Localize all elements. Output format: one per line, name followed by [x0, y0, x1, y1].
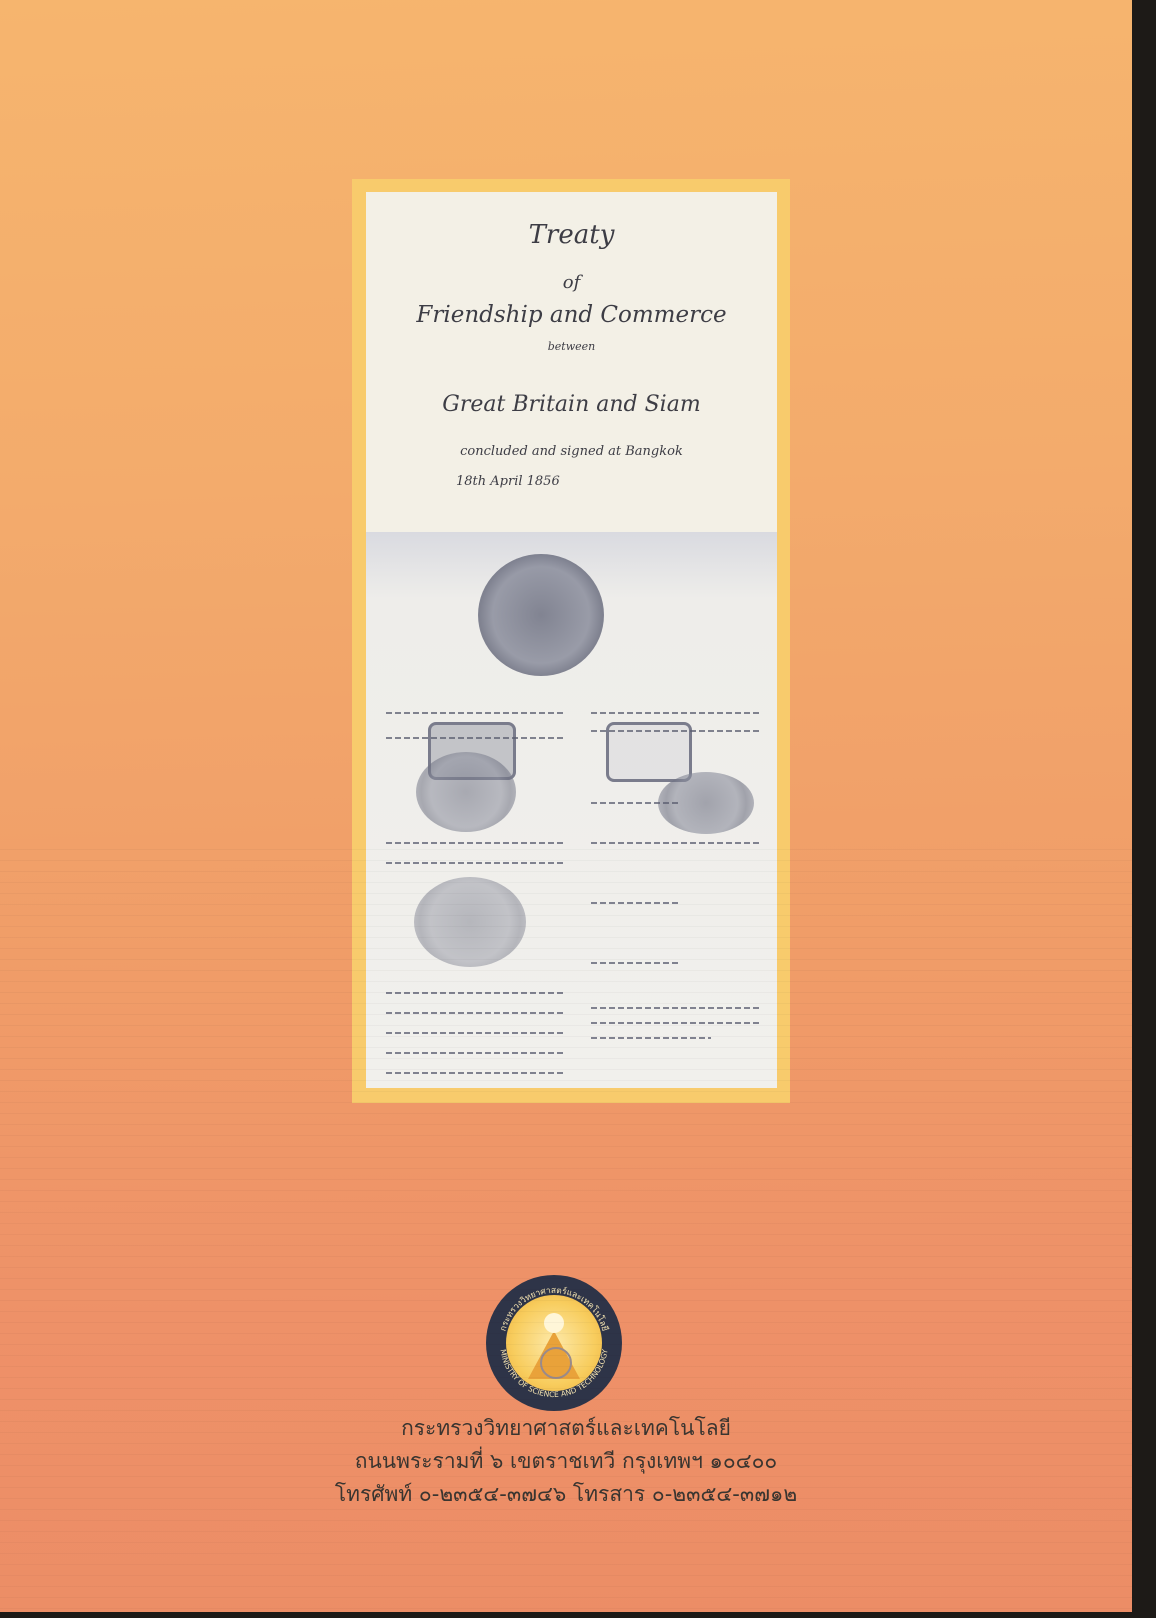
handwriting-line [386, 737, 566, 739]
royal-seal-icon [478, 554, 604, 676]
ministry-logo: กระทรวงวิทยาศาสตร์และเทคโนโลยี MINISTRY … [486, 1275, 622, 1411]
handwriting-line [591, 842, 761, 844]
atom-icon [540, 1347, 572, 1379]
treaty-date: 18th April 1856 [366, 474, 777, 489]
treaty-title: Treaty [366, 220, 777, 250]
handwriting-line [386, 712, 566, 714]
handwriting-line [591, 1037, 711, 1039]
handwriting-line [591, 1022, 761, 1024]
ministry-name: กระทรวงวิทยาศาสตร์และเทคโนโลยี [0, 1412, 1132, 1445]
ministry-contact: โทรศัพท์ ๐-๒๓๕๔-๓๗๔๖ โทรสาร ๐-๒๓๕๔-๓๗๑๒ [0, 1478, 1132, 1511]
handwriting-line [386, 1052, 566, 1054]
sun-icon [544, 1313, 564, 1333]
oval-seal-icon [416, 752, 516, 832]
handwriting-line [386, 842, 566, 844]
treaty-parties: Great Britain and Siam [366, 392, 777, 417]
treaty-title-page: Treaty of Friendship and Commerce betwee… [366, 192, 777, 532]
book-back-cover: Treaty of Friendship and Commerce betwee… [0, 0, 1132, 1612]
handwriting-line [386, 992, 566, 994]
handwriting-line [591, 802, 681, 804]
handwriting-line [591, 730, 761, 732]
document-frame: Treaty of Friendship and Commerce betwee… [352, 179, 790, 1103]
handwriting-line [591, 1007, 761, 1009]
handwriting-line [591, 902, 681, 904]
logo-center [506, 1295, 602, 1391]
handwriting-line [591, 712, 761, 714]
treaty-between: between [366, 340, 777, 353]
treaty-subject: Friendship and Commerce [366, 302, 777, 328]
handwriting-line [591, 962, 681, 964]
treaty-document-image: Treaty of Friendship and Commerce betwee… [366, 192, 777, 1088]
ministry-address: ถนนพระรามที่ ๖ เขตราชเทวี กรุงเทพฯ ๑๐๔๐๐ [0, 1445, 1132, 1478]
treaty-seals-photo [366, 532, 777, 1088]
treaty-concluded: concluded and signed at Bangkok [366, 444, 777, 459]
oval-seal-icon [414, 877, 526, 967]
handwriting-line [386, 1032, 566, 1034]
handwriting-line [386, 862, 566, 864]
handwriting-line [386, 1012, 566, 1014]
handwriting-line [386, 1072, 566, 1074]
treaty-of: of [366, 272, 777, 293]
